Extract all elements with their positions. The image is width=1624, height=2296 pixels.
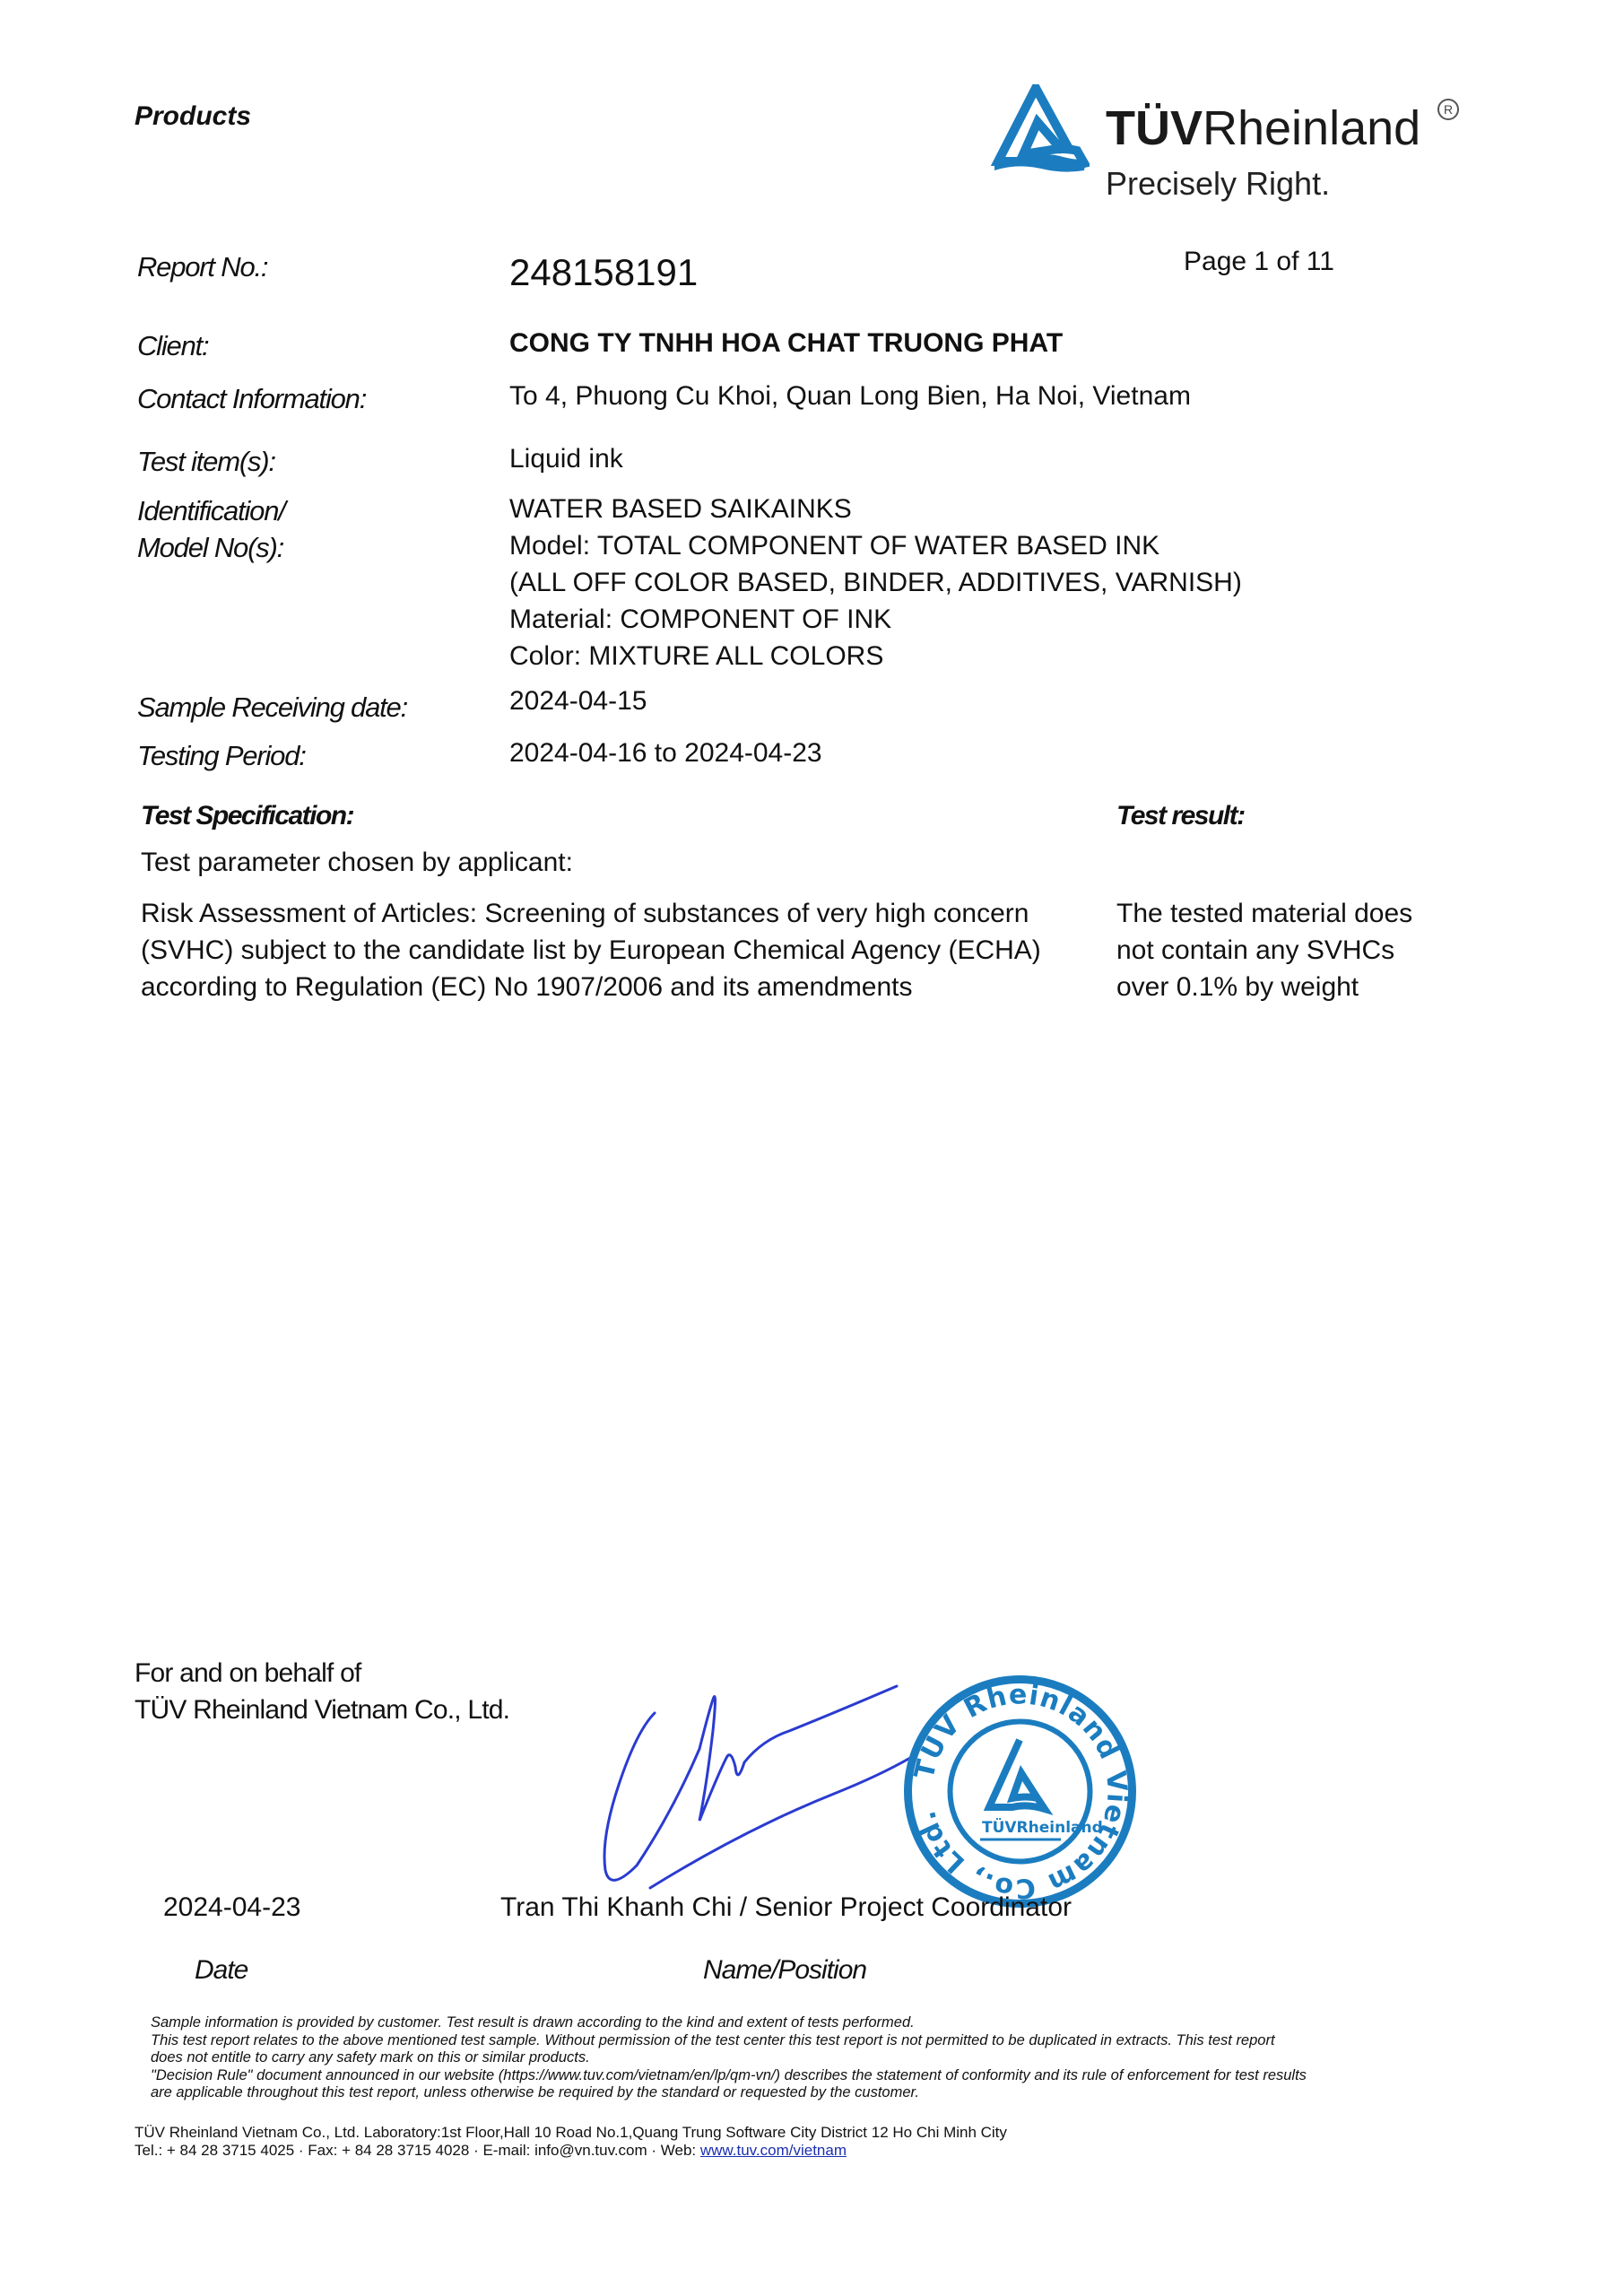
report-no-label: Report No.: bbox=[137, 251, 267, 283]
logo-wordmark: TÜVRheinland bbox=[1106, 100, 1420, 156]
test-result-text: The tested material does not contain any… bbox=[1116, 895, 1439, 1005]
client-label: Client: bbox=[137, 330, 208, 362]
signature-date: 2024-04-23 bbox=[163, 1892, 300, 1923]
test-result-heading: Test result: bbox=[1116, 801, 1245, 831]
report-number: 248158191 bbox=[509, 251, 698, 294]
sample-receiving-label: Sample Receiving date: bbox=[137, 691, 407, 724]
testing-period-value: 2024-04-16 to 2024-04-23 bbox=[509, 738, 822, 769]
on-behalf-of: For and on behalf of TÜV Rheinland Vietn… bbox=[135, 1655, 509, 1728]
section-label: Products bbox=[135, 101, 251, 132]
website-link[interactable]: www.tuv.com/vietnam bbox=[700, 2142, 847, 2159]
date-caption: Date bbox=[195, 1955, 248, 1986]
page-indicator: Page 1 of 11 bbox=[1184, 247, 1334, 277]
company-footer: TÜV Rheinland Vietnam Co., Ltd. Laborato… bbox=[135, 2124, 1007, 2160]
signatory-name-position: Tran Thi Khanh Chi / Senior Project Coor… bbox=[500, 1892, 1072, 1923]
tuv-rheinland-logo: TÜVRheinland R Precisely Right. bbox=[991, 79, 1493, 213]
sample-receiving-value: 2024-04-15 bbox=[509, 686, 647, 717]
disclaimer-fineprint: Sample information is provided by custom… bbox=[151, 2014, 1442, 2102]
parameter-note: Test parameter chosen by applicant: bbox=[141, 848, 573, 878]
contact-value: To 4, Phuong Cu Khoi, Quan Long Bien, Ha… bbox=[509, 381, 1191, 412]
tuv-triangle-logo-icon bbox=[991, 84, 1090, 174]
testing-period-label: Testing Period: bbox=[137, 740, 306, 772]
company-stamp-icon: TÜV Rheinland Vietnam Co., Ltd. TÜVRhein… bbox=[901, 1673, 1139, 1910]
test-specification-heading: Test Specification: bbox=[141, 801, 353, 831]
identification-label: Identification/ Model No(s): bbox=[137, 492, 285, 566]
name-position-caption: Name/Position bbox=[703, 1955, 866, 1986]
logo-tagline: Precisely Right. bbox=[1106, 165, 1330, 203]
test-specification-text: Risk Assessment of Articles: Screening o… bbox=[141, 895, 1091, 1005]
test-items-label: Test item(s): bbox=[137, 446, 275, 478]
identification-value: WATER BASED SAIKAINKS Model: TOTAL COMPO… bbox=[509, 491, 1242, 674]
svg-text:TÜVRheinland: TÜVRheinland bbox=[982, 1817, 1103, 1837]
test-items-value: Liquid ink bbox=[509, 444, 623, 474]
client-value: CONG TY TNHH HOA CHAT TRUONG PHAT bbox=[509, 328, 1063, 359]
registered-mark-icon: R bbox=[1437, 99, 1459, 120]
contact-label: Contact Information: bbox=[137, 383, 366, 415]
